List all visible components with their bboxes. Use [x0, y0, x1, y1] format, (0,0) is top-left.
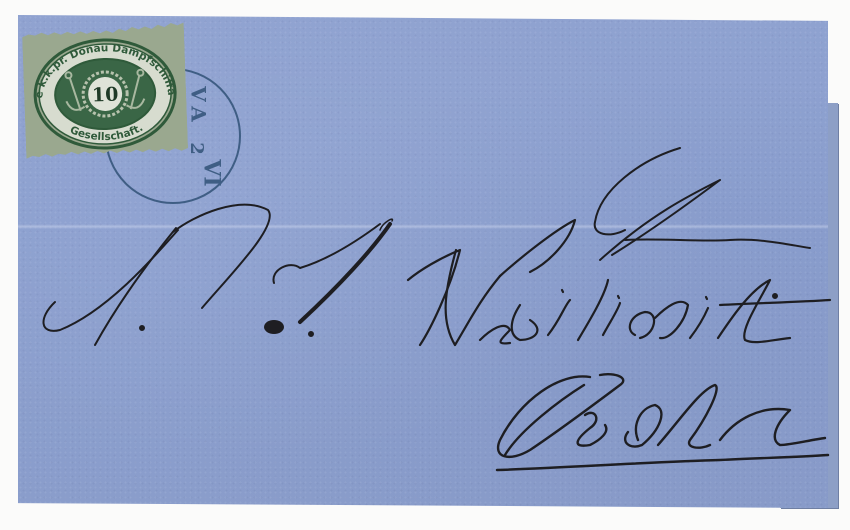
- cover-scene: VA 2 VI 10: [0, 0, 850, 530]
- handwritten-address: [0, 0, 850, 530]
- handwriting-s: [44, 205, 270, 345]
- handwriting-wasiliovit: [408, 220, 830, 345]
- underline: [497, 455, 828, 470]
- handwriting-orsova: [498, 374, 825, 457]
- handwriting-t: [264, 219, 392, 334]
- handwriting-herrn: [595, 148, 810, 260]
